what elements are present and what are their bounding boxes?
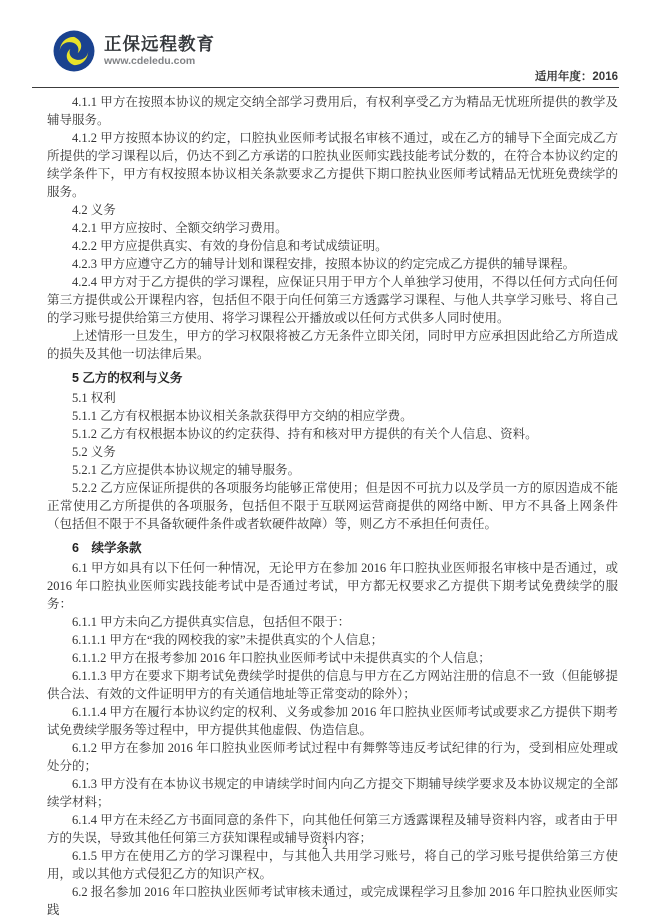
clause-4-2-1: 4.2.1 甲方应按时、全额交纳学习费用。 bbox=[47, 219, 618, 237]
document-page: 正保远程教育 www.cdeledu.com 适用年度：2016 4.1.1 甲… bbox=[0, 0, 650, 919]
brand-logo: 正保远程教育 www.cdeledu.com bbox=[53, 30, 215, 72]
applicable-year-label: 适用年度：2016 bbox=[535, 68, 618, 84]
clause-6-1-5: 6.1.5 甲方在使用乙方的学习课程中，与其他人共用学习账号，将自己的学习账号提… bbox=[47, 847, 618, 883]
clause-6-1-2: 6.1.2 甲方在参加 2016 年口腔执业医师考试过程中有舞弊等违反考试纪律的… bbox=[47, 739, 618, 775]
clause-5-2-2: 5.2.2 乙方应保证所提供的各项服务均能够正常使用；但是因不可抗力以及学员一方… bbox=[47, 479, 618, 533]
clause-4-2-3: 4.2.3 甲方应遵守乙方的辅导计划和课程安排，按照本协议的约定完成乙方提供的辅… bbox=[47, 255, 618, 273]
clause-6-1-1-3: 6.1.1.3 甲方在要求下期考试免费续学时提供的信息与甲方在乙方网站注册的信息… bbox=[47, 667, 618, 703]
clause-6-1-1-1: 6.1.1.1 甲方在“我的网校我的家”未提供真实的个人信息； bbox=[47, 631, 618, 649]
section-heading-6: 6 续学条款 bbox=[47, 539, 618, 557]
clause-5-2-1: 5.2.1 乙方应提供本协议规定的辅导服务。 bbox=[47, 461, 618, 479]
clause-5-2: 5.2 义务 bbox=[47, 443, 618, 461]
brand-swirl-icon bbox=[53, 30, 95, 72]
page-footer: 2 bbox=[0, 840, 650, 852]
clause-4-2-4-consequence: 上述情形一旦发生，甲方的学习权限将被乙方无条件立即关闭，同时甲方应承担因此给乙方… bbox=[47, 327, 618, 363]
clause-4-1-2: 4.1.2 甲方按照本协议的约定，口腔执业医师考试报名审核不通过，或在乙方的辅导… bbox=[47, 129, 618, 201]
clause-6-1-3: 6.1.3 甲方没有在本协议书规定的申请续学时间内向乙方提交下期辅导续学要求及本… bbox=[47, 775, 618, 811]
clause-4-2: 4.2 义务 bbox=[47, 201, 618, 219]
section-heading-5: 5 乙方的权利与义务 bbox=[47, 369, 618, 387]
page-header: 正保远程教育 www.cdeledu.com 适用年度：2016 bbox=[47, 28, 618, 88]
clause-6-1-1-2: 6.1.1.2 甲方在报考参加 2016 年口腔执业医师考试中未提供真实的个人信… bbox=[47, 649, 618, 667]
page-number: 2 bbox=[322, 840, 328, 852]
clause-5-1-2: 5.1.2 乙方有权根据本协议的约定获得、持有和核对甲方提供的有关个人信息、资料… bbox=[47, 425, 618, 443]
clause-6-1: 6.1 甲方如具有以下任何一种情况，无论甲方在参加 2016 年口腔执业医师报名… bbox=[47, 559, 618, 613]
header-divider bbox=[32, 87, 619, 88]
document-body: 4.1.1 甲方在按照本协议的规定交纳全部学习费用后，有权利享受乙方为精品无忧班… bbox=[47, 93, 618, 919]
clause-4-2-2: 4.2.2 甲方应提供真实、有效的身份信息和考试成绩证明。 bbox=[47, 237, 618, 255]
clause-6-1-1: 6.1.1 甲方未向乙方提供真实信息，包括但不限于： bbox=[47, 613, 618, 631]
clause-5-1-1: 5.1.1 乙方有权根据本协议相关条款获得甲方交纳的相应学费。 bbox=[47, 407, 618, 425]
brand-name: 正保远程教育 bbox=[104, 35, 215, 54]
brand-text-block: 正保远程教育 www.cdeledu.com bbox=[104, 35, 215, 68]
clause-6-1-1-4: 6.1.1.4 甲方在履行本协议约定的权利、义务或参加 2016 年口腔执业医师… bbox=[47, 703, 618, 739]
clause-6-2: 6.2 报名参加 2016 年口腔执业医师考试审核未通过，或完成课程学习且参加 … bbox=[47, 883, 618, 919]
clause-5-1: 5.1 权利 bbox=[47, 389, 618, 407]
clause-4-2-4: 4.2.4 甲方对于乙方提供的学习课程，应保证只用于甲方个人单独学习使用，不得以… bbox=[47, 273, 618, 327]
clause-4-1-1: 4.1.1 甲方在按照本协议的规定交纳全部学习费用后，有权利享受乙方为精品无忧班… bbox=[47, 93, 618, 129]
brand-url: www.cdeledu.com bbox=[104, 56, 215, 68]
